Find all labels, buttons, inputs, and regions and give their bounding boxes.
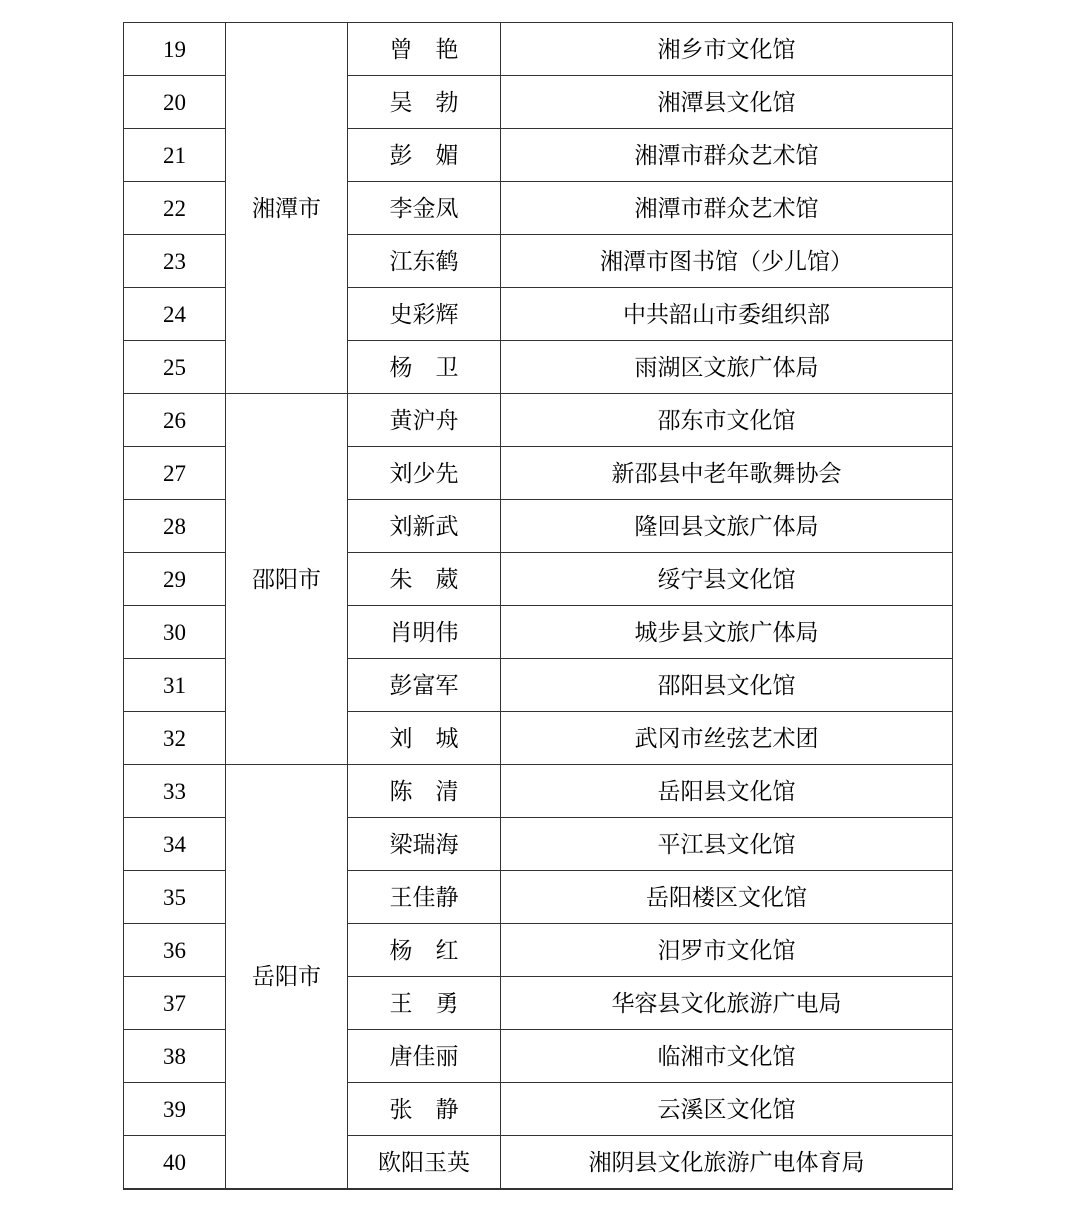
person-name-cell: 刘 城: [348, 712, 501, 765]
person-name-cell: 彭 媚: [348, 129, 501, 182]
row-number-cell: 25: [124, 341, 226, 394]
row-number-cell: 28: [124, 500, 226, 553]
organization-cell: 隆回县文旅广体局: [501, 500, 953, 553]
person-name-cell: 曾 艳: [348, 23, 501, 76]
person-name-cell: 欧阳玉英: [348, 1136, 501, 1190]
row-number-cell: 30: [124, 606, 226, 659]
organization-cell: 平江县文化馆: [501, 818, 953, 871]
organization-cell: 湘阴县文化旅游广电体育局: [501, 1136, 953, 1190]
row-number-cell: 21: [124, 129, 226, 182]
organization-cell: 绥宁县文化馆: [501, 553, 953, 606]
table-row: 19湘潭市曾 艳湘乡市文化馆: [124, 23, 953, 76]
row-number-cell: 35: [124, 871, 226, 924]
organization-cell: 雨湖区文旅广体局: [501, 341, 953, 394]
person-name-cell: 张 静: [348, 1083, 501, 1136]
person-name-cell: 朱 葳: [348, 553, 501, 606]
organization-cell: 新邵县中老年歌舞协会: [501, 447, 953, 500]
organization-cell: 云溪区文化馆: [501, 1083, 953, 1136]
row-number-cell: 31: [124, 659, 226, 712]
row-number-cell: 19: [124, 23, 226, 76]
organization-cell: 华容县文化旅游广电局: [501, 977, 953, 1030]
row-number-cell: 39: [124, 1083, 226, 1136]
person-name-cell: 黄沪舟: [348, 394, 501, 447]
organization-cell: 湘潭市图书馆（少儿馆）: [501, 235, 953, 288]
row-number-cell: 32: [124, 712, 226, 765]
row-number-cell: 37: [124, 977, 226, 1030]
organization-cell: 邵东市文化馆: [501, 394, 953, 447]
person-name-cell: 肖明伟: [348, 606, 501, 659]
person-name-cell: 刘少先: [348, 447, 501, 500]
row-number-cell: 33: [124, 765, 226, 818]
table-row: 33岳阳市陈 清岳阳县文化馆: [124, 765, 953, 818]
person-name-cell: 刘新武: [348, 500, 501, 553]
roster-table-body: 19湘潭市曾 艳湘乡市文化馆20吴 勃湘潭县文化馆21彭 媚湘潭市群众艺术馆22…: [124, 23, 953, 1190]
person-name-cell: 陈 清: [348, 765, 501, 818]
organization-cell: 岳阳楼区文化馆: [501, 871, 953, 924]
person-name-cell: 王佳静: [348, 871, 501, 924]
person-name-cell: 王 勇: [348, 977, 501, 1030]
city-cell: 岳阳市: [226, 765, 348, 1190]
row-number-cell: 26: [124, 394, 226, 447]
organization-cell: 武冈市丝弦艺术团: [501, 712, 953, 765]
row-number-cell: 20: [124, 76, 226, 129]
row-number-cell: 24: [124, 288, 226, 341]
person-name-cell: 杨 红: [348, 924, 501, 977]
person-name-cell: 江东鹤: [348, 235, 501, 288]
person-name-cell: 李金凤: [348, 182, 501, 235]
organization-cell: 湘乡市文化馆: [501, 23, 953, 76]
row-number-cell: 38: [124, 1030, 226, 1083]
roster-table: 19湘潭市曾 艳湘乡市文化馆20吴 勃湘潭县文化馆21彭 媚湘潭市群众艺术馆22…: [123, 22, 953, 1190]
person-name-cell: 梁瑞海: [348, 818, 501, 871]
row-number-cell: 34: [124, 818, 226, 871]
row-number-cell: 40: [124, 1136, 226, 1190]
organization-cell: 湘潭市群众艺术馆: [501, 182, 953, 235]
row-number-cell: 23: [124, 235, 226, 288]
person-name-cell: 史彩辉: [348, 288, 501, 341]
person-name-cell: 彭富军: [348, 659, 501, 712]
city-cell: 邵阳市: [226, 394, 348, 765]
document-page: 19湘潭市曾 艳湘乡市文化馆20吴 勃湘潭县文化馆21彭 媚湘潭市群众艺术馆22…: [0, 0, 1080, 1206]
person-name-cell: 吴 勃: [348, 76, 501, 129]
organization-cell: 中共韶山市委组织部: [501, 288, 953, 341]
organization-cell: 岳阳县文化馆: [501, 765, 953, 818]
organization-cell: 邵阳县文化馆: [501, 659, 953, 712]
person-name-cell: 杨 卫: [348, 341, 501, 394]
row-number-cell: 22: [124, 182, 226, 235]
organization-cell: 城步县文旅广体局: [501, 606, 953, 659]
person-name-cell: 唐佳丽: [348, 1030, 501, 1083]
organization-cell: 湘潭县文化馆: [501, 76, 953, 129]
city-cell: 湘潭市: [226, 23, 348, 394]
organization-cell: 临湘市文化馆: [501, 1030, 953, 1083]
organization-cell: 湘潭市群众艺术馆: [501, 129, 953, 182]
row-number-cell: 29: [124, 553, 226, 606]
row-number-cell: 36: [124, 924, 226, 977]
organization-cell: 汨罗市文化馆: [501, 924, 953, 977]
table-row: 26邵阳市黄沪舟邵东市文化馆: [124, 394, 953, 447]
row-number-cell: 27: [124, 447, 226, 500]
